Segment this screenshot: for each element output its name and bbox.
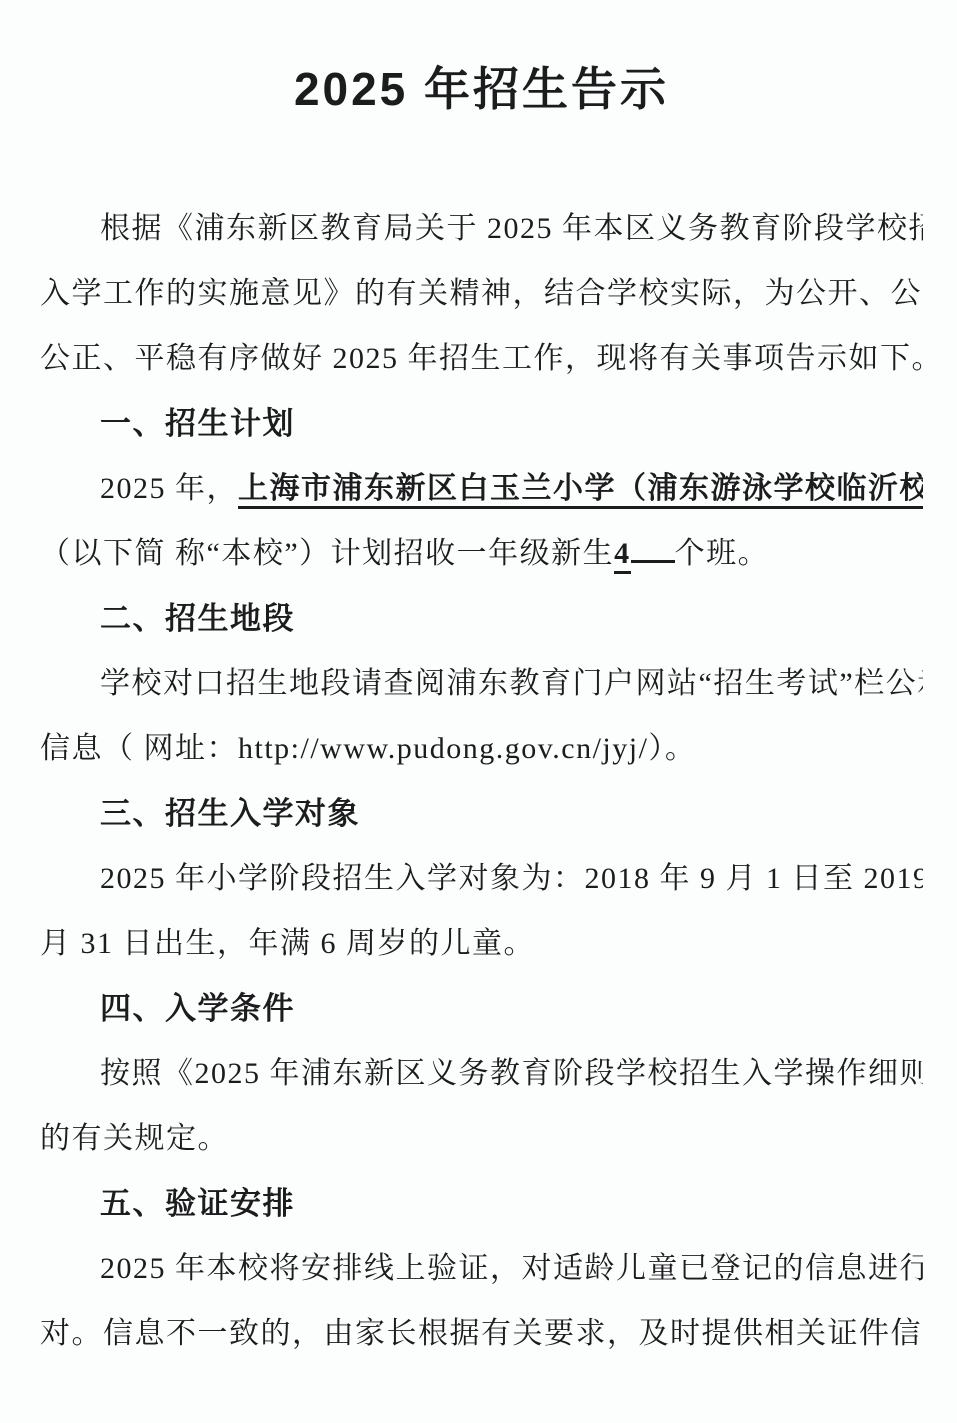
- section-1-heading: 一、招生计划: [40, 391, 923, 456]
- intro-line-1: 根据《浦东新区教育局关于 2025 年本区义务教育阶段学校招生: [40, 196, 923, 261]
- section-4-line-2: 的有关规定。: [40, 1106, 923, 1171]
- section-3-heading: 三、招生入学对象: [40, 781, 923, 846]
- section-1-line-1-prefix: 2025 年，: [100, 472, 238, 505]
- section-4-heading: 四、入学条件: [40, 976, 923, 1041]
- intro-line-2: 入学工作的实施意见》的有关精神，结合学校实际，为公开、公平、: [40, 261, 923, 326]
- section-1-line-1: 2025 年，上海市浦东新区白玉兰小学（浦东游泳学校临沂校区）: [40, 456, 923, 521]
- document-page: 2025 年招生告示 根据《浦东新区教育局关于 2025 年本区义务教育阶段学校…: [0, 0, 957, 1423]
- intro-line-3: 公正、平稳有序做好 2025 年招生工作，现将有关事项告示如下。: [40, 326, 923, 391]
- section-5-line-1: 2025 年本校将安排线上验证，对适龄儿童已登记的信息进行比: [40, 1236, 923, 1301]
- section-5-heading: 五、验证安排: [40, 1171, 923, 1236]
- school-name-underlined: 上海市浦东新区白玉兰小学（浦东游泳学校临沂校区）: [238, 472, 923, 509]
- section-2-line-1: 学校对口招生地段请查阅浦东教育门户网站“招生考试”栏公示: [40, 651, 923, 716]
- section-1-line-2-prefix: （以下简 称“本校”）计划招收一年级新生: [40, 537, 614, 570]
- section-1-line-2-suffix: 个班。: [675, 537, 770, 570]
- section-2-heading: 二、招生地段: [40, 586, 923, 651]
- section-4-line-1: 按照《2025 年浦东新区义务教育阶段学校招生入学操作细则》: [40, 1041, 923, 1106]
- page-title: 2025 年招生告示: [40, 62, 923, 116]
- document-content: 2025 年招生告示 根据《浦东新区教育局关于 2025 年本区义务教育阶段学校…: [0, 0, 957, 1366]
- class-count-value: 4: [614, 537, 631, 574]
- section-3-line-2: 月 31 日出生，年满 6 周岁的儿童。: [40, 911, 923, 976]
- section-1-line-2: （以下简 称“本校”）计划招收一年级新生4个班。: [40, 521, 923, 586]
- class-count-blank-underline: [631, 530, 675, 563]
- section-5-line-2: 对。信息不一致的，由家长根据有关要求，及时提供相关证件信息用: [40, 1301, 923, 1366]
- section-3-line-1: 2025 年小学阶段招生入学对象为：2018 年 9 月 1 日至 2019 年…: [40, 846, 923, 911]
- section-2-line-2: 信息（ 网址：http://www.pudong.gov.cn/jyj/）。: [40, 716, 923, 781]
